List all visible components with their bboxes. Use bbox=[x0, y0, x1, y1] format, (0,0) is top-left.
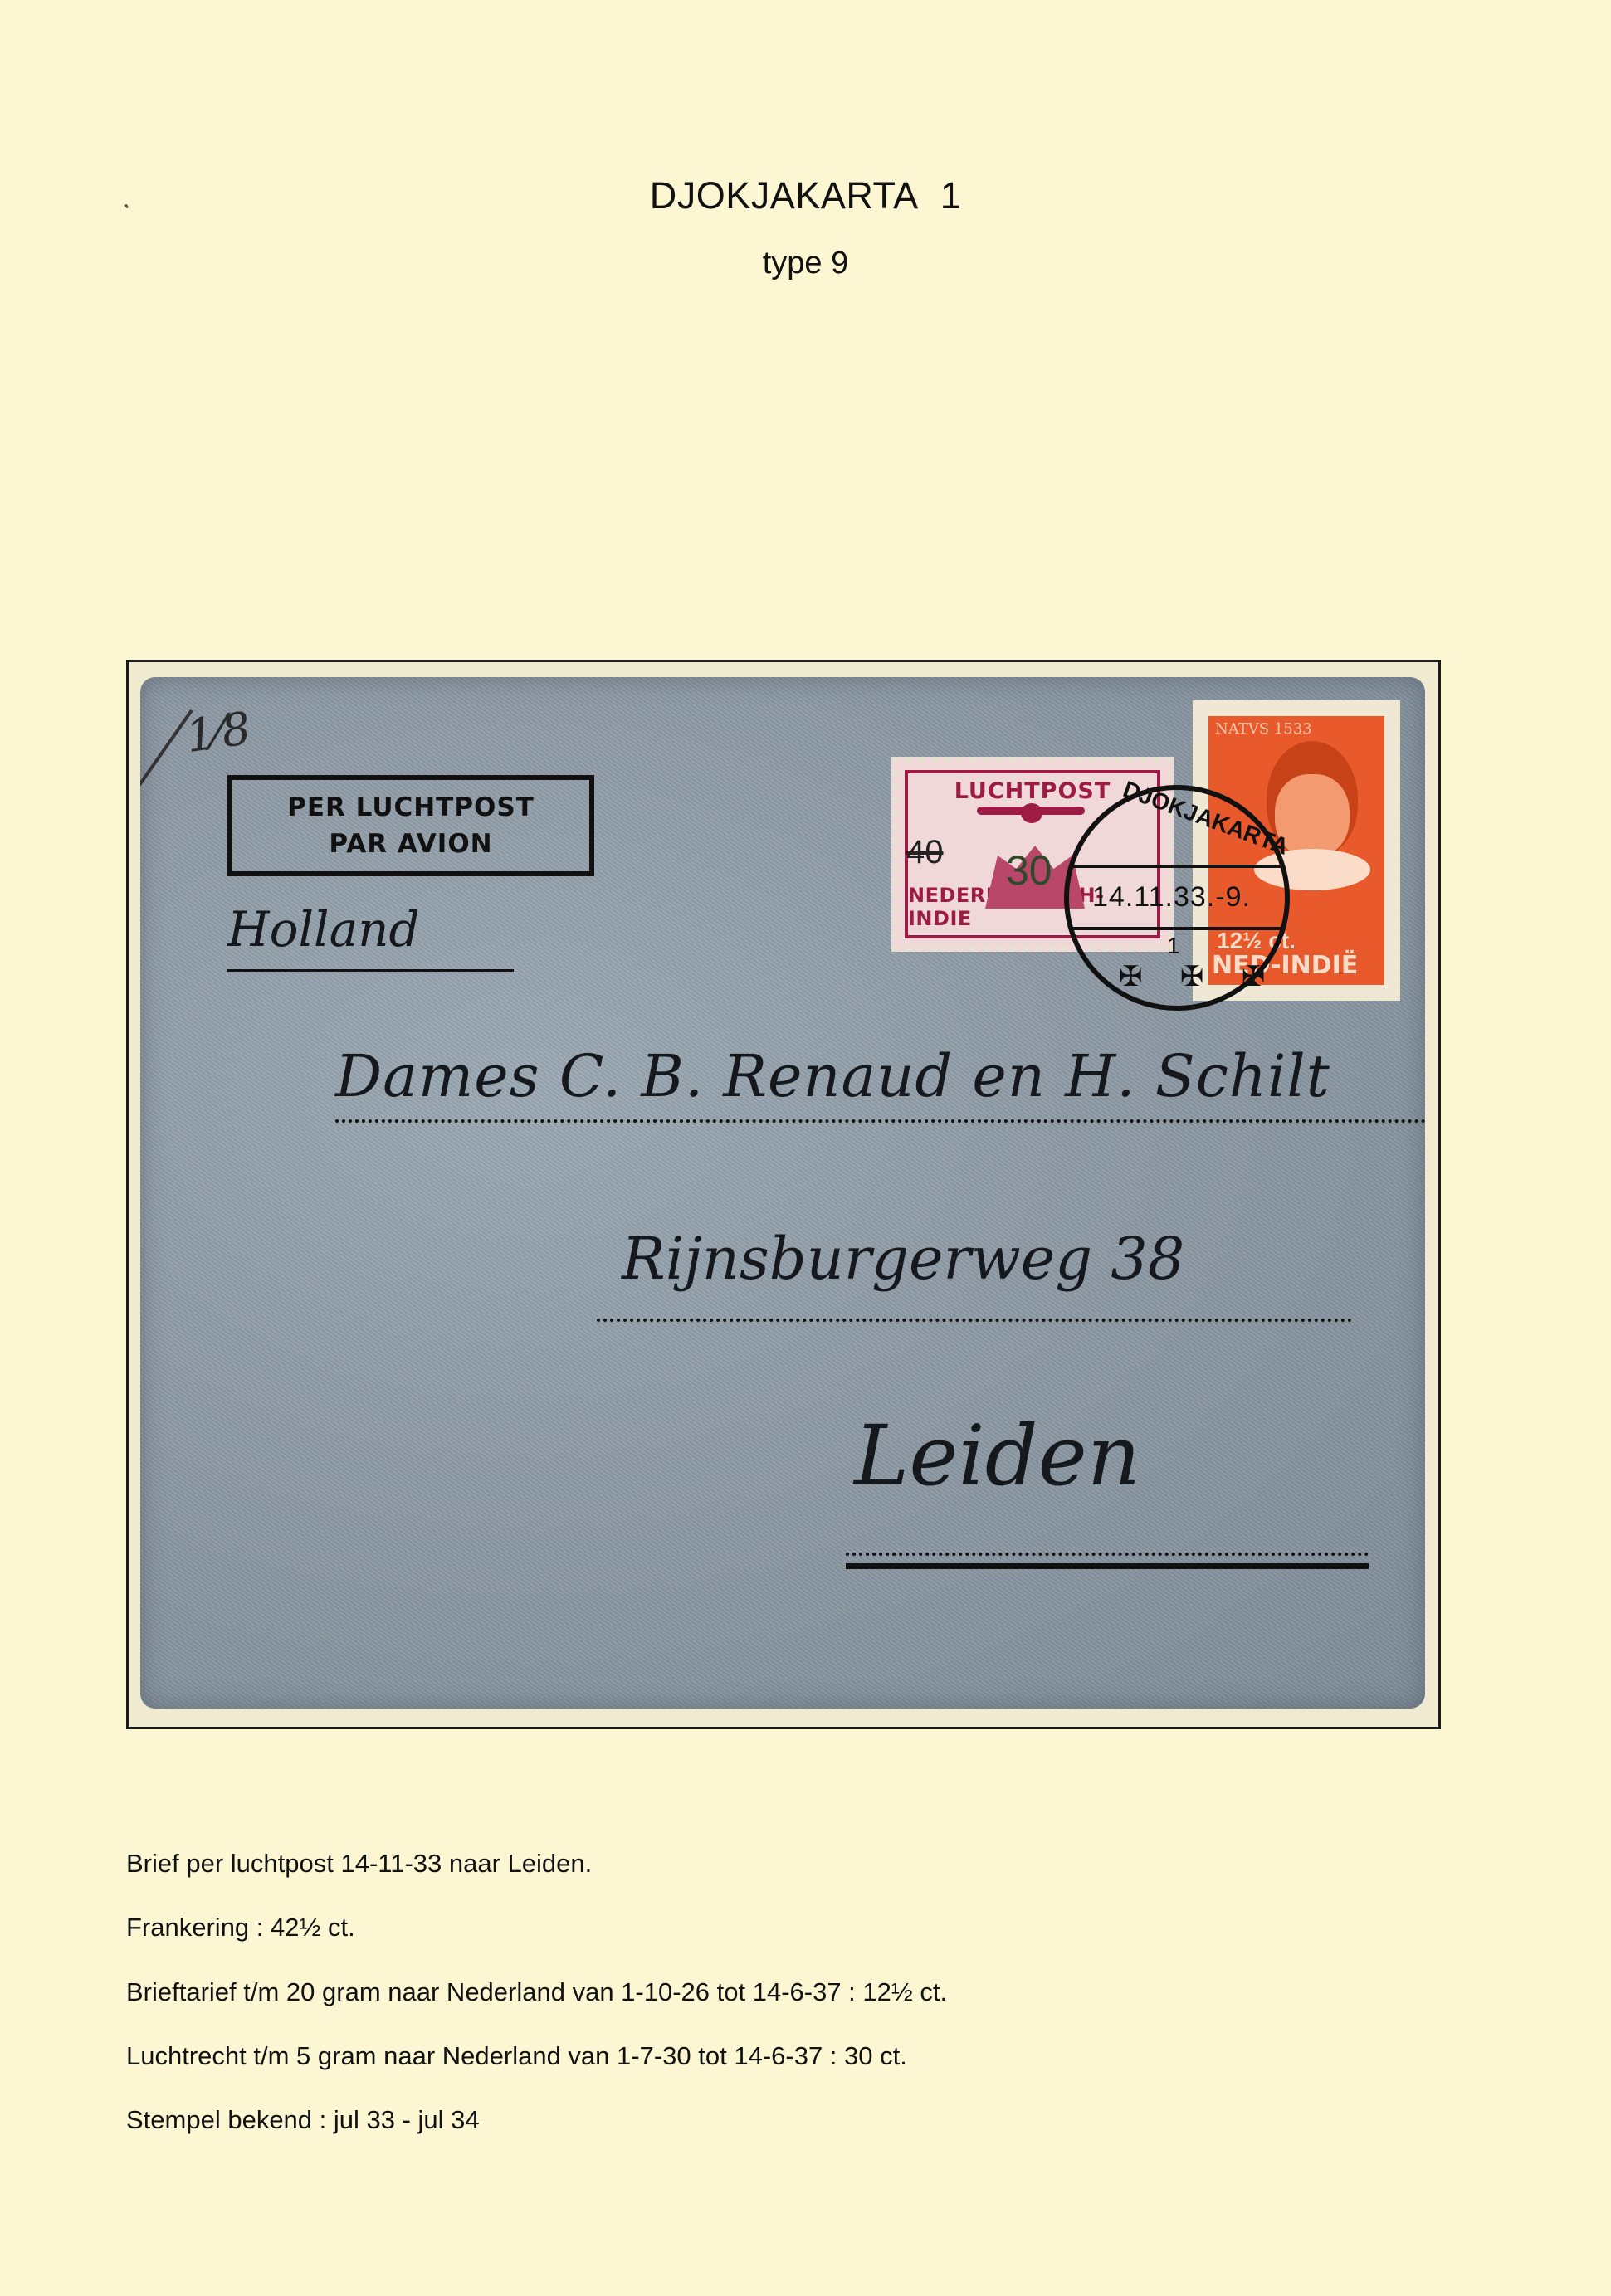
airmail-envelope: 1⁄8 PER LUCHTPOST PAR AVION Holland Dame… bbox=[140, 677, 1425, 1709]
airplane-body-icon bbox=[1021, 803, 1042, 823]
page-subtitle: type 9 bbox=[0, 246, 1611, 281]
title-text: DJOKJAKARTA bbox=[650, 174, 919, 217]
postmark-band-bottom bbox=[1069, 927, 1285, 930]
pencil-slash-mark bbox=[140, 709, 193, 786]
street-address: Rijnsburgerweg 38 bbox=[622, 1225, 1184, 1293]
note-line: Stempel bekend : jul 33 - jul 34 bbox=[126, 2105, 480, 2135]
airmail-label-box: PER LUCHTPOST PAR AVION bbox=[227, 775, 594, 876]
city-name: Leiden bbox=[854, 1407, 1140, 1504]
postmark-number: 1 bbox=[1167, 933, 1180, 959]
postmark-cancel: DJOKJAKARTA 14.11.33.-9. 1 ✠ ✠ ✠ bbox=[1064, 785, 1290, 1011]
surcharge-value: 30 bbox=[1006, 846, 1052, 895]
postmark-band-top bbox=[1069, 865, 1285, 868]
airmail-label-line2: PAR AVION bbox=[329, 826, 492, 862]
street-dotted-line bbox=[597, 1319, 1352, 1322]
page-title: DJOKJAKARTA1 bbox=[0, 174, 1611, 217]
city-dotted-line bbox=[846, 1553, 1369, 1556]
city-underline bbox=[846, 1563, 1369, 1569]
note-line: Luchtrecht t/m 5 gram naar Nederland van… bbox=[126, 2041, 907, 2071]
addressee-dotted-line bbox=[335, 1119, 1425, 1123]
note-line: Brieftarief t/m 20 gram naar Nederland v… bbox=[126, 1977, 947, 2007]
note-line: Frankering : 42½ ct. bbox=[126, 1913, 355, 1943]
title-number: 1 bbox=[940, 174, 962, 217]
country-underline bbox=[227, 969, 514, 972]
postmark-cross-icons: ✠ ✠ ✠ bbox=[1119, 960, 1280, 993]
stamp-natus-text: NATVS 1533 bbox=[1215, 721, 1312, 738]
stamp-top-text: LUCHTPOST bbox=[954, 778, 1111, 804]
original-value: 40 bbox=[906, 834, 944, 871]
addressee-name: Dames C. B. Renaud en H. Schilt bbox=[335, 1042, 1330, 1110]
postmark-date: 14.11.33.-9. bbox=[1092, 881, 1251, 914]
destination-country: Holland bbox=[227, 901, 420, 958]
note-line: Brief per luchtpost 14-11-33 naar Leiden… bbox=[126, 1849, 592, 1879]
airmail-label-line1: PER LUCHTPOST bbox=[287, 789, 535, 826]
pencil-annotation: 1⁄8 bbox=[183, 702, 254, 763]
cover-mount-frame: 1⁄8 PER LUCHTPOST PAR AVION Holland Dame… bbox=[126, 660, 1441, 1729]
